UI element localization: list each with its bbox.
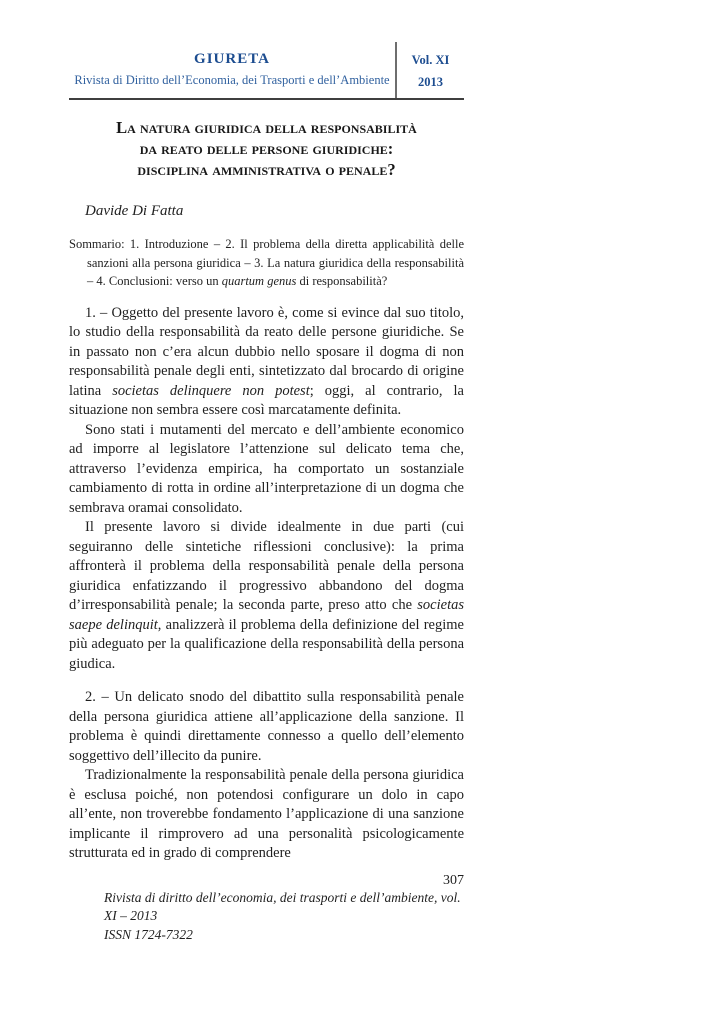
volume-label: Vol. XI (397, 53, 464, 68)
journal-subtitle: Rivista di Diritto dell’Economia, dei Tr… (69, 73, 395, 88)
paragraph-3: Il presente lavoro si divide idealmente … (69, 518, 464, 674)
paragraph-1: 1. – Oggetto del presente lavoro è, come… (69, 304, 464, 421)
author-name: Davide Di Fatta (85, 203, 464, 220)
page-number: 307 (69, 872, 464, 889)
page-footer: 307 Rivista di diritto dell’economia, de… (69, 872, 464, 945)
paragraph-2: Sono stati i mutamenti del mercato e del… (69, 421, 464, 519)
journal-page: GIURETA Rivista di Diritto dell’Economia… (0, 0, 724, 1024)
article-title: La natura giuridica della responsabilità… (69, 117, 464, 180)
footer-issn: ISSN 1724-7322 (104, 926, 464, 945)
paragraph-5: Tradizionalmente la responsabilità penal… (69, 766, 464, 864)
article-body: 1. – Oggetto del presente lavoro è, come… (69, 304, 464, 864)
summary-block: Sommario: 1. Introduzione – 2. Il proble… (69, 235, 464, 291)
year-label: 2013 (397, 75, 464, 90)
journal-header: GIURETA Rivista di Diritto dell’Economia… (69, 42, 464, 100)
journal-header-left: GIURETA Rivista di Diritto dell’Economia… (69, 42, 395, 98)
paragraph-4: 2. – Un delicato snodo del dibattito sul… (69, 688, 464, 766)
journal-name: GIURETA (69, 51, 395, 68)
footer-journal-line: Rivista di diritto dell’economia, dei tr… (104, 889, 464, 926)
volume-box: Vol. XI 2013 (395, 42, 464, 98)
